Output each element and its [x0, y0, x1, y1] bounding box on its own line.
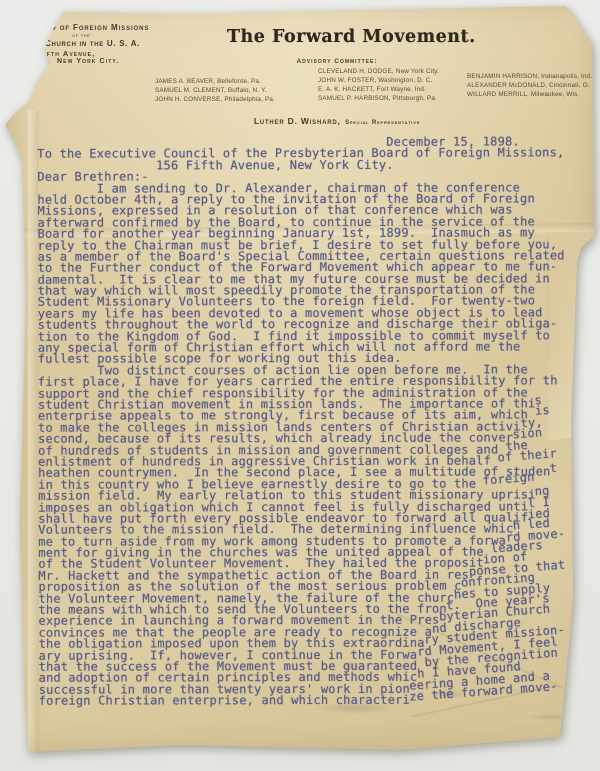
representative-title: Special Representative: [345, 120, 420, 126]
committee-member: BENJAMIN HARRISON, Indianapolis, Ind.: [467, 72, 592, 81]
committee-member: SAMUEL P. HARBISON, Pittsburgh, Pa.: [318, 94, 439, 103]
committee-member: JOHN H. CONVERSE, Philadelphia, Pa.: [155, 95, 275, 104]
fold-displaced-text: t: [550, 463, 558, 475]
letter-paper: D of Foreign Missions of the an Church i…: [0, 0, 600, 771]
committee-member: WILLARD MERRILL, Milwaukee, Wis.: [467, 90, 592, 99]
committee-member: JOHN W. FOSTER, Washington, D. C.: [318, 76, 439, 85]
letter-line: foreign Christian enterprise, and which …: [39, 694, 587, 707]
advisory-committee-label: Advisory Committee:: [267, 58, 407, 65]
letterhead-org-line: D of Foreign Missions: [50, 23, 149, 32]
letterhead-org-line: 56 Fifth Avenue,: [25, 49, 95, 58]
letterhead-org-line: an Church in the U. S. A.: [32, 39, 140, 48]
ink-smudge: [520, 712, 580, 722]
committee-member: CLEVELAND H. DODGE, New York City.: [318, 67, 439, 76]
fold-displaced-text: foreign: [483, 472, 536, 487]
committee-member: E. A. K. HACKETT, Fort Wayne, Ind.: [318, 85, 439, 94]
committee-member: SAMUEL M. CLEMENT, Buffalo, N. Y.: [155, 86, 275, 95]
committee-column-center: CLEVELAND H. DODGE, New York City. JOHN …: [318, 67, 439, 103]
scan-background: D of Foreign Missions of the an Church i…: [0, 0, 600, 771]
committee-member: ALEXANDER McDONALD, Cincinnati, O.: [467, 81, 592, 90]
letterhead-title: The Forward Movement.: [227, 27, 447, 47]
committee-member: JAMES A. BEAVER, Bellefonte, Pa.: [155, 77, 275, 86]
letter-body: December 15, 1898.To the Executive Counc…: [37, 136, 586, 707]
committee-column-left: JAMES A. BEAVER, Bellefonte, Pa. SAMUEL …: [155, 77, 275, 104]
special-representative-line: Luther D. Wishard, Special Representativ…: [222, 111, 452, 129]
representative-name: Luther D. Wishard,: [254, 116, 341, 126]
committee-column-right: BENJAMIN HARRISON, Indianapolis, Ind. AL…: [467, 72, 592, 99]
letterhead-org-line: New York City.: [57, 58, 120, 65]
